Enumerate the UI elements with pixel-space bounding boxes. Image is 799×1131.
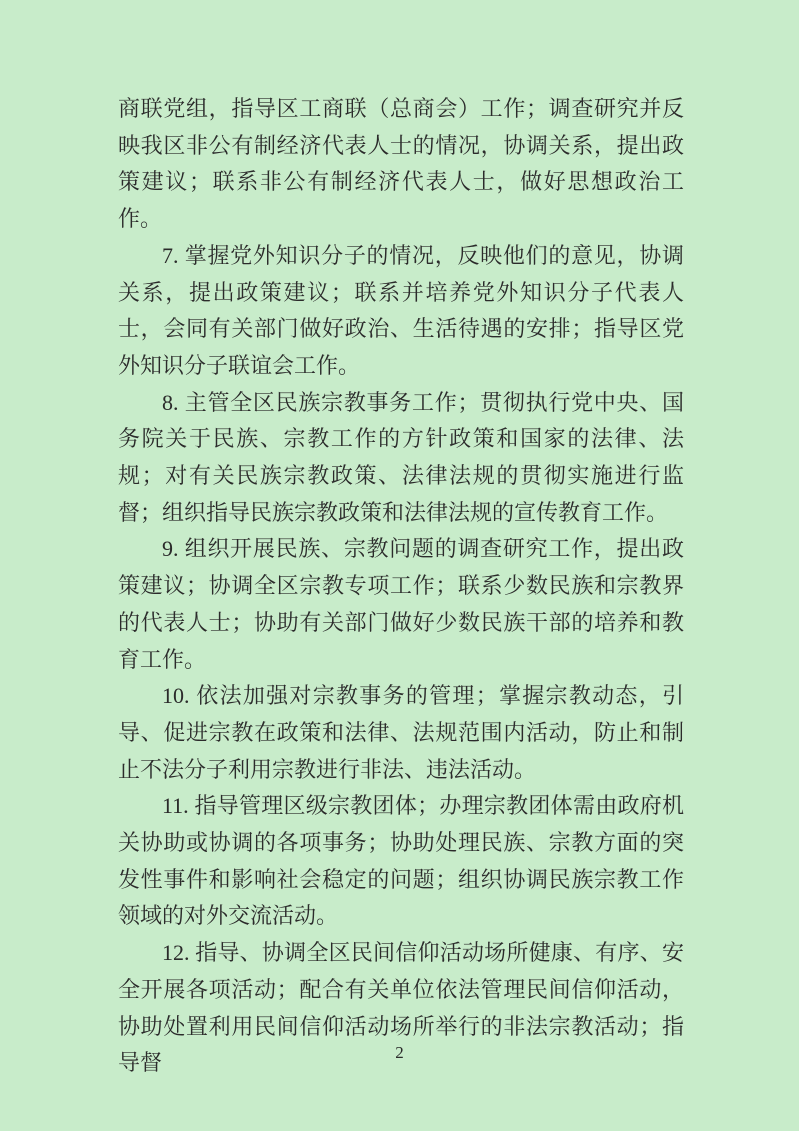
paragraph: 7. 掌握党外知识分子的情况，反映他们的意见，协调关系，提出政策建议；联系并培养… xyxy=(118,238,684,385)
page-number: 2 xyxy=(0,1042,799,1064)
paragraph: 9. 组织开展民族、宗教问题的调查研究工作，提出政策建议；协调全区宗教专项工作；… xyxy=(118,531,684,678)
paragraph: 11. 指导管理区级宗教团体；办理宗教团体需由政府机关协助或协调的各项事务；协助… xyxy=(118,788,684,935)
paragraph: 商联党组，指导区工商联（总商会）工作；调查研究并反映我区非公有制经济代表人士的情… xyxy=(118,91,684,238)
document-page: 商联党组，指导区工商联（总商会）工作；调查研究并反映我区非公有制经济代表人士的情… xyxy=(0,0,799,1131)
paragraph: 8. 主管全区民族宗教事务工作；贯彻执行党中央、国务院关于民族、宗教工作的方针政… xyxy=(118,385,684,532)
document-body: 商联党组，指导区工商联（总商会）工作；调查研究并反映我区非公有制经济代表人士的情… xyxy=(118,91,684,1082)
paragraph: 10. 依法加强对宗教事务的管理；掌握宗教动态，引导、促进宗教在政策和法律、法规… xyxy=(118,678,684,788)
